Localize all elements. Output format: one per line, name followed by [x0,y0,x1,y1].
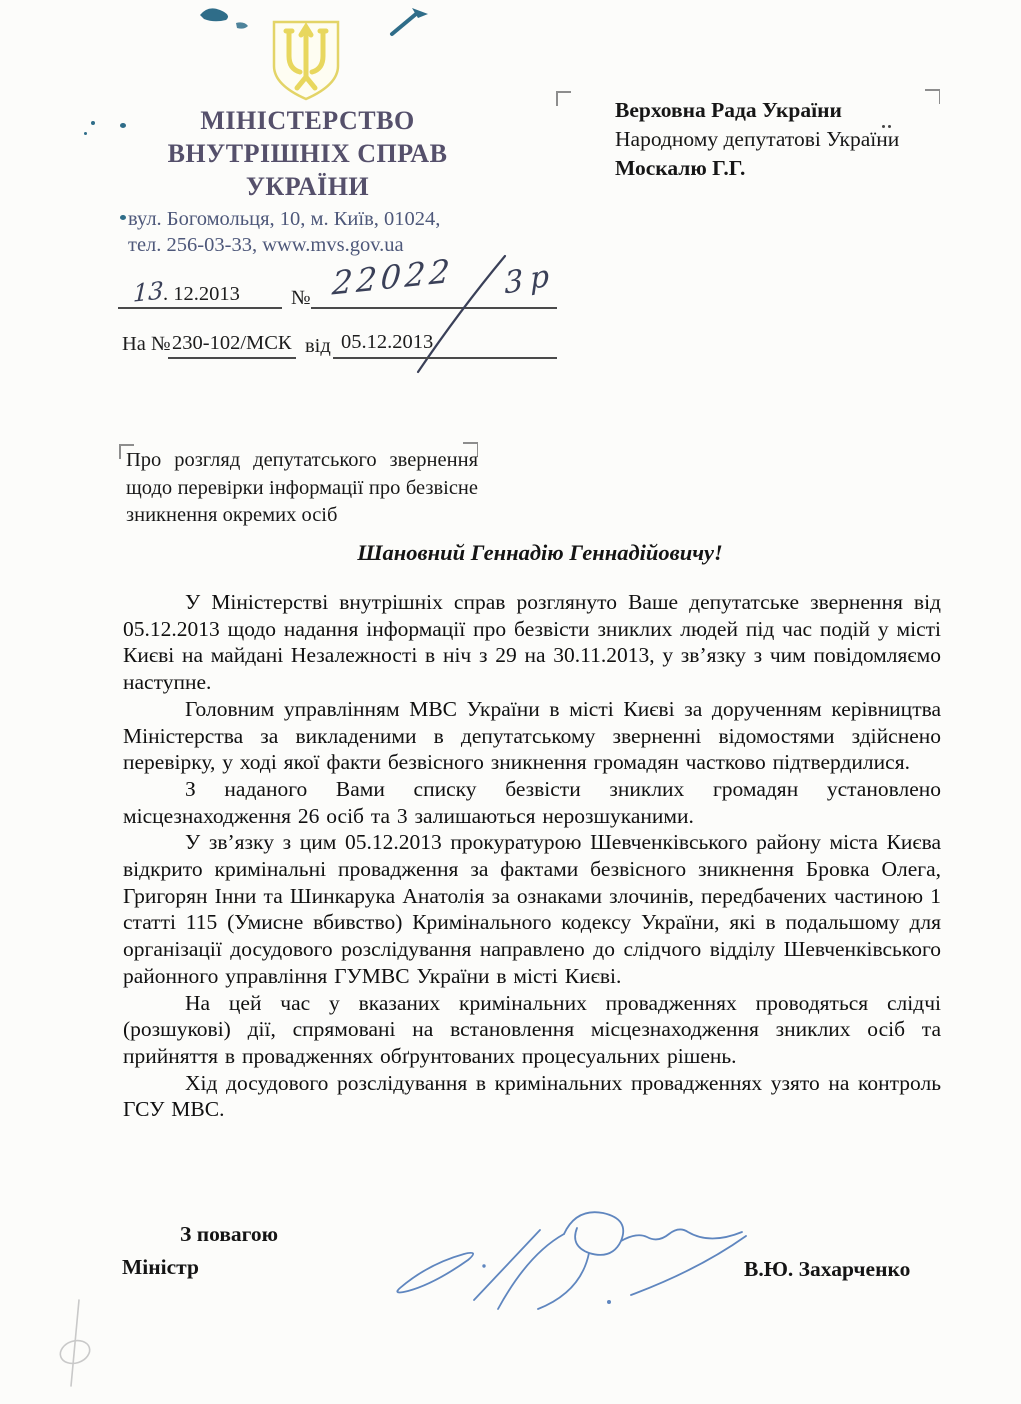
closing-phrase: З повагою [180,1222,278,1247]
ministry-title-line: ВНУТРІШНІХ СПРАВ [130,137,485,170]
body-paragraph: У Міністерстві внутрішніх справ розгляну… [123,589,941,696]
reply-date: 05.12.2013 [341,331,433,354]
subject-line: Про розгляд депутатського звернення [126,447,478,475]
underline [118,307,282,309]
ink-dot-icon [120,123,126,128]
reply-prefix: На № [122,333,171,356]
salutation: Шановний Геннадію Геннадійовичу! [320,540,760,566]
handwritten-signature-ink-icon [378,1192,768,1314]
subject-block: Про розгляд депутатського звернення щодо… [126,447,478,530]
underline [168,357,296,359]
body-paragraph: У зв’язку з цим 05.12.2013 прокуратурою … [123,829,941,989]
address-line: вул. Богомольця, 10, м. Київ, 01024, [128,206,528,232]
reply-from-label: від [305,335,331,358]
recipient-block: Верховна Рада України Народному депутато… [615,96,945,183]
recipient-role: Народному депутатові України [615,125,945,154]
body-paragraph: На цей час у вказаних кримінальних прова… [123,990,941,1070]
ink-arrow-mark-icon [388,4,434,38]
reply-number: 230-102/МСК [172,332,292,355]
ink-dot-icon [120,215,126,220]
signer-name: В.Ю. Захарченко [744,1257,910,1282]
subject-line: щодо перевірки інформації про безвісне [126,475,478,503]
ministry-title-line: УКРАЇНИ [130,170,485,203]
letter-body: У Міністерстві внутрішніх справ розгляну… [123,589,941,1123]
signer-position: Міністр [122,1255,199,1280]
corner-mark-icon [556,91,571,106]
handwritten-date-day: 13 [133,276,164,307]
printed-date: . 12.2013 [163,283,240,306]
ministry-title: МІНІСТЕРСТВО ВНУТРІШНІХ СПРАВ УКРАЇНИ [130,104,485,203]
body-paragraph: Головним управлінням МВС України в місті… [123,696,941,776]
underline [333,357,557,359]
recipient-organization: Верховна Рада України [615,96,945,125]
ink-dot-icon [84,132,87,135]
pencil-phi-mark-icon [45,1296,115,1392]
subject-line: зникнення окремих осіб [126,502,478,530]
scanned-letter-page: МІНІСТЕРСТВО ВНУТРІШНІХ СПРАВ УКРАЇНИ ву… [0,0,1021,1404]
body-paragraph: Хід досудового розслідування в криміналь… [123,1070,941,1123]
ink-dot-icon [91,121,95,125]
ukraine-trident-shield-icon [266,20,346,102]
number-label: № [291,287,311,310]
body-paragraph: З наданого Вами списку безвісти зниклих … [123,776,941,829]
recipient-name: Москалю Г.Г. [615,154,945,183]
ministry-title-line: МІНІСТЕРСТВО [130,104,485,137]
